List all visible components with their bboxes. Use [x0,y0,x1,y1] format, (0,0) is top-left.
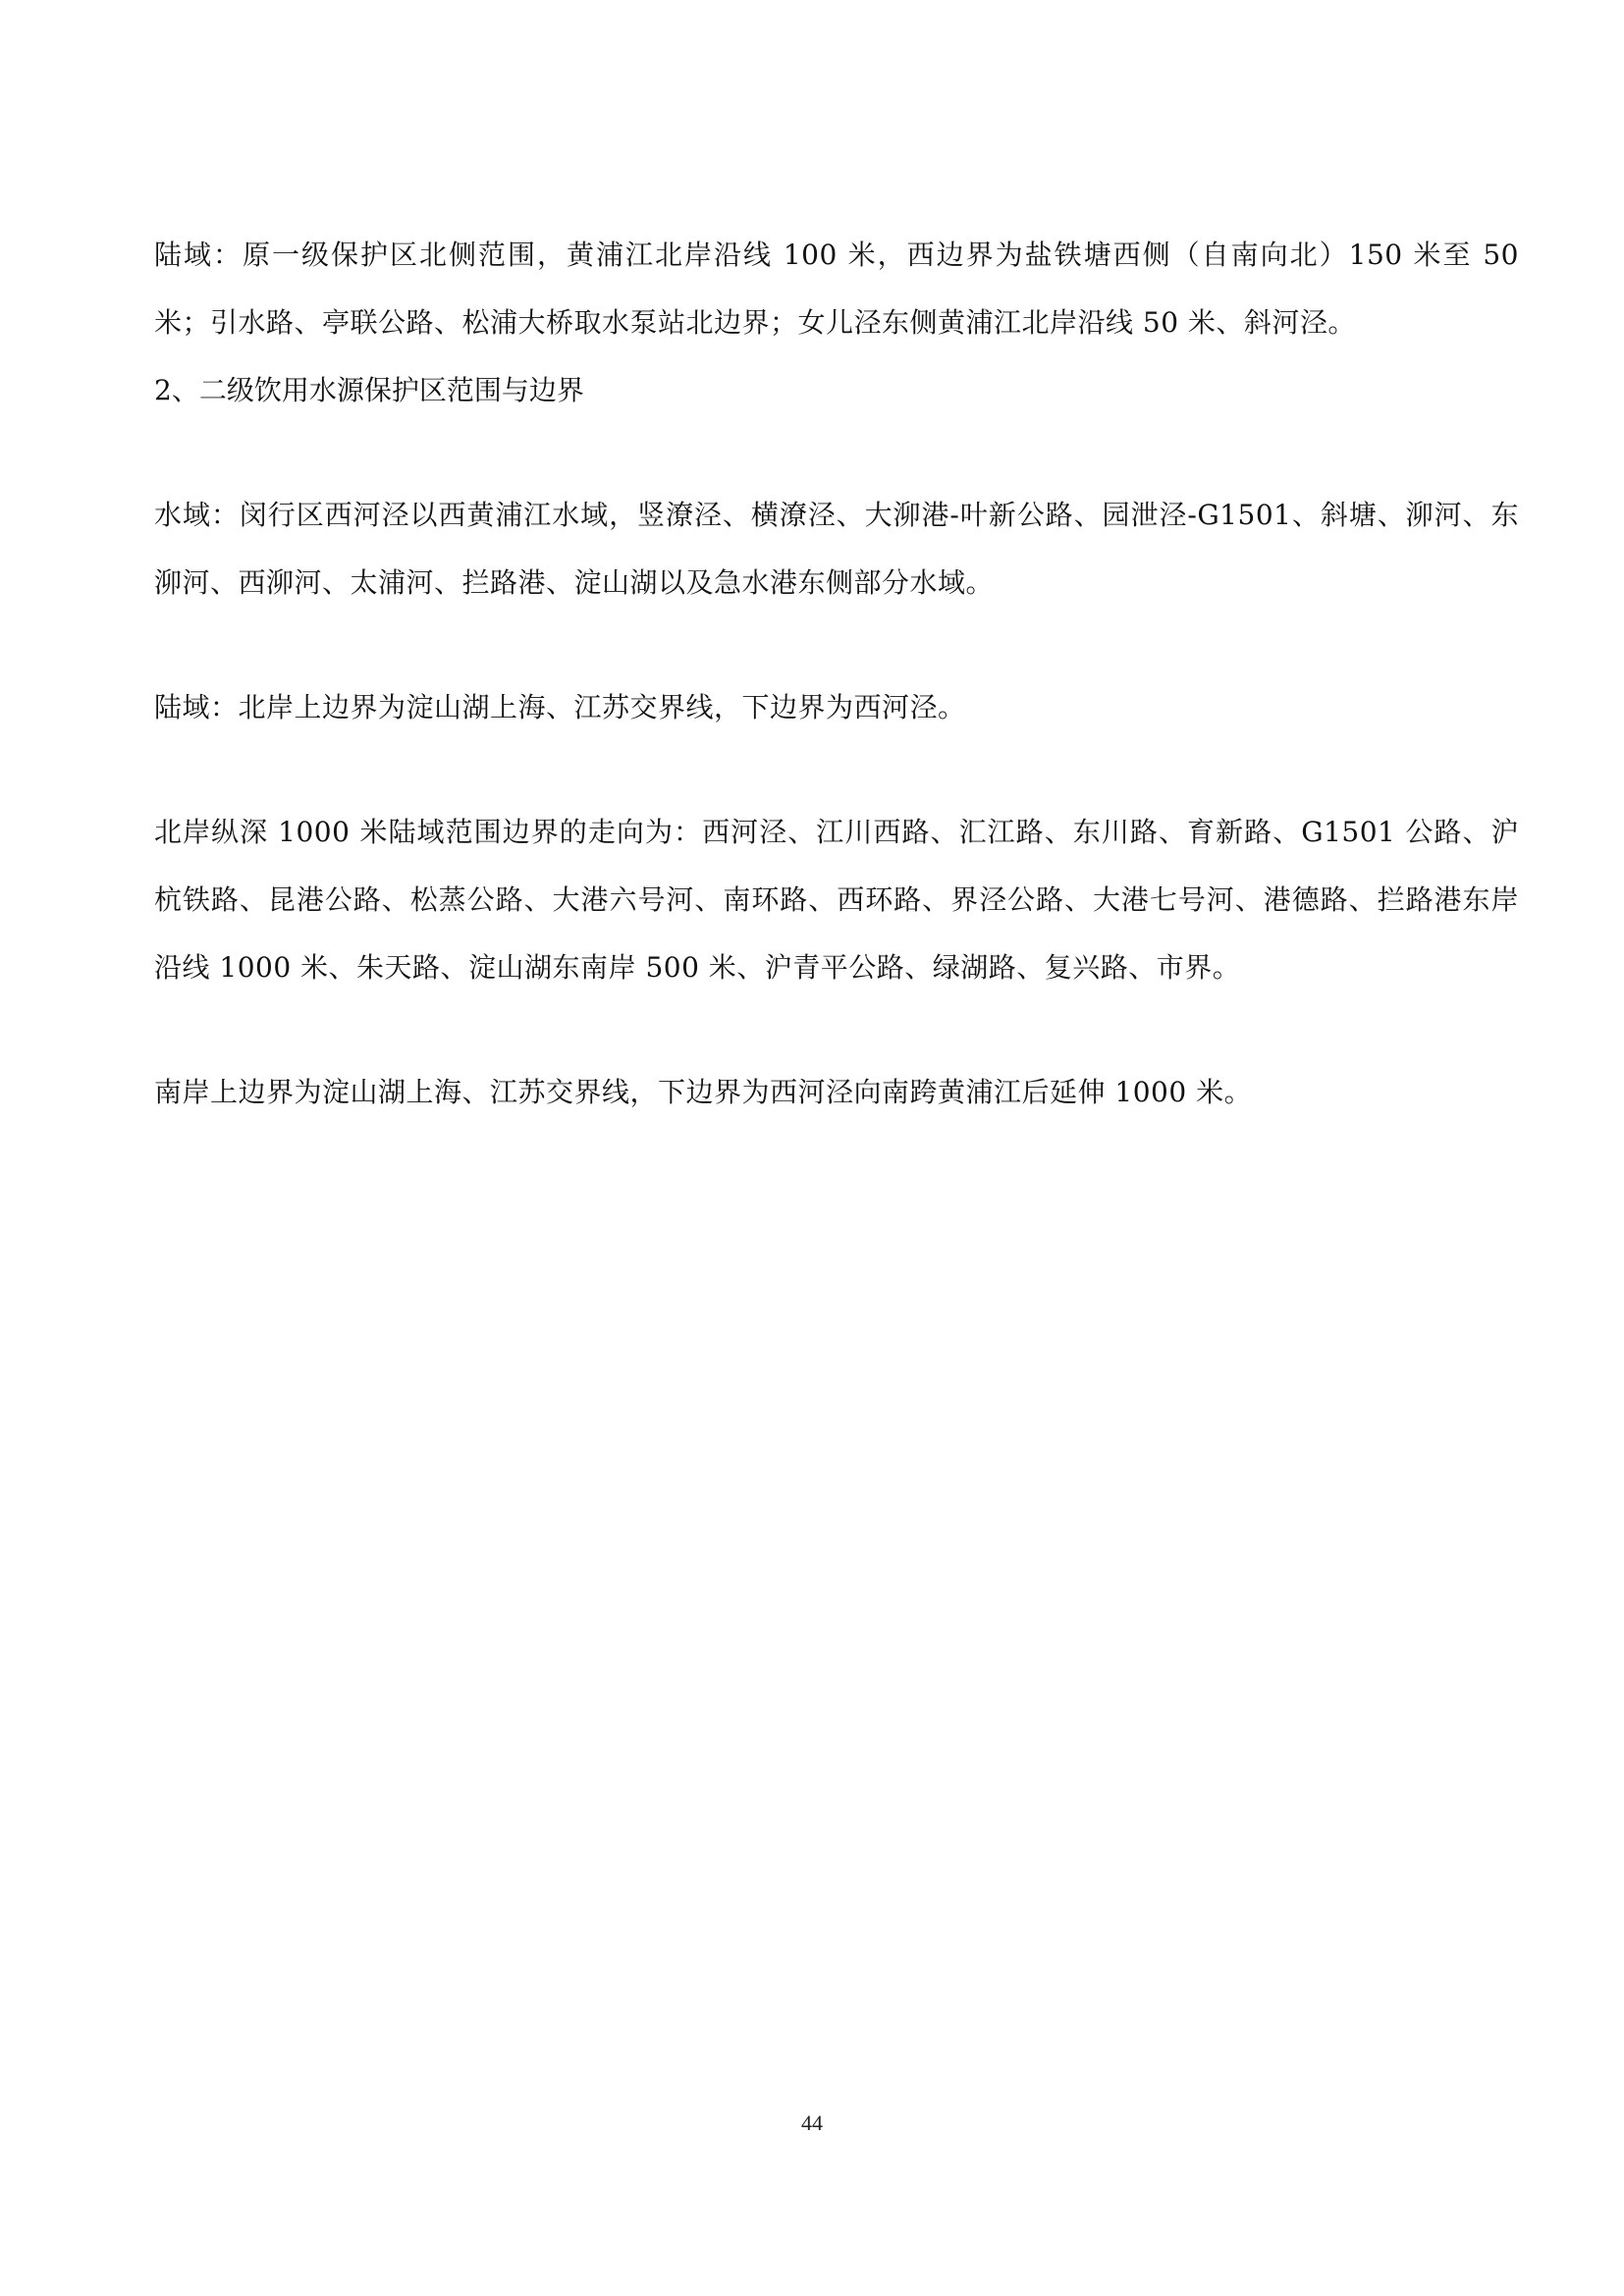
page-number: 44 [0,2110,1624,2136]
paragraph-land-second-level: 陆域：北岸上边界为淀山湖上海、江苏交界线，下边界为西河泾。 [154,673,1519,741]
paragraph-north-bank-boundary: 北岸纵深 1000 米陆域范围边界的走向为：西河泾、江川西路、汇江路、东川路、育… [154,798,1519,1001]
section-heading: 2、二级饮用水源保护区范围与边界 [154,356,1519,424]
paragraph-south-bank-boundary: 南岸上边界为淀山湖上海、江苏交界线，下边界为西河泾向南跨黄浦江后延伸 1000 … [154,1058,1519,1126]
paragraph-water-second-level: 水域：闵行区西河泾以西黄浦江水域，竖潦泾、横潦泾、大泖港-叶新公路、园泄泾-G1… [154,481,1519,616]
page-content: 陆域：原一级保护区北侧范围，黄浦江北岸沿线 100 米，西边界为盐铁塘西侧（自南… [154,221,1519,1126]
document-page: 陆域：原一级保护区北侧范围，黄浦江北岸沿线 100 米，西边界为盐铁塘西侧（自南… [0,0,1624,2296]
paragraph-land-first-level: 陆域：原一级保护区北侧范围，黄浦江北岸沿线 100 米，西边界为盐铁塘西侧（自南… [154,221,1519,356]
